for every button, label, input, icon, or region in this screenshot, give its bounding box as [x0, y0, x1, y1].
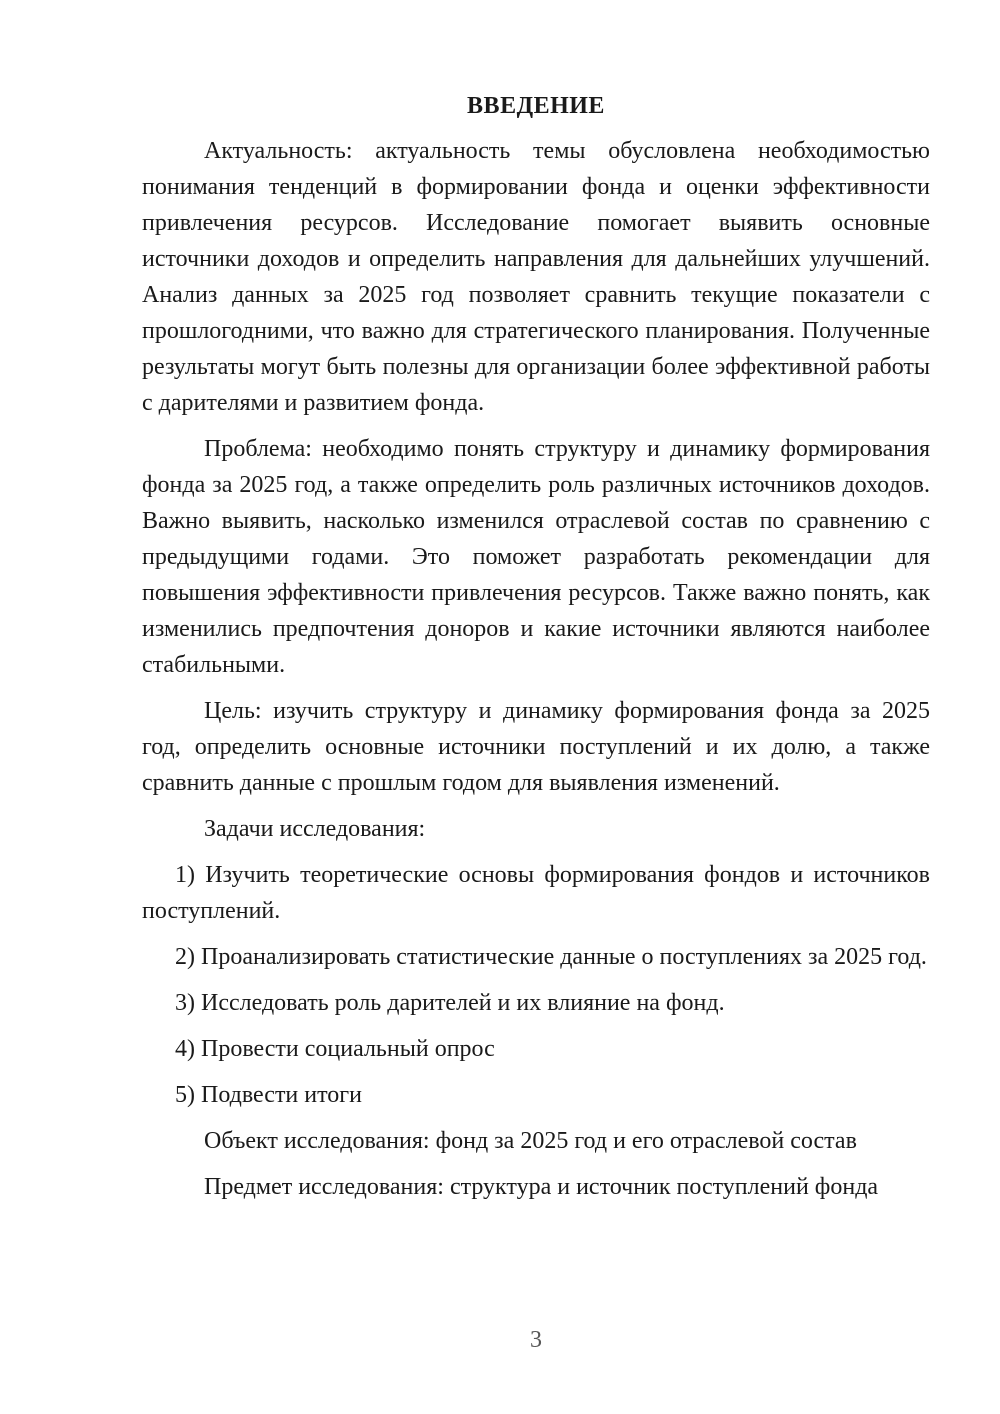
task-item-4: 4) Провести социальный опрос	[142, 1031, 930, 1067]
task-item-5: 5) Подвести итоги	[142, 1077, 930, 1113]
paragraph-goal: Цель: изучить структуру и динамику форми…	[142, 693, 930, 801]
task-item-1: 1) Изучить теоретические основы формиров…	[142, 857, 930, 929]
paragraph-relevance: Актуальность: актуальность темы обусловл…	[142, 133, 930, 421]
task-item-3: 3) Исследовать роль дарителей и их влиян…	[142, 985, 930, 1021]
section-heading: ВВЕДЕНИЕ	[142, 88, 930, 124]
document-page: ВВЕДЕНИЕ Актуальность: актуальность темы…	[0, 0, 1000, 1414]
research-object-line: Объект исследования: фонд за 2025 год и …	[142, 1123, 930, 1159]
page-number: 3	[142, 1322, 930, 1358]
research-subject-line: Предмет исследования: структура и источн…	[142, 1169, 930, 1205]
task-item-2: 2) Проанализировать статистические данны…	[142, 939, 930, 975]
paragraph-problem: Проблема: необходимо понять структуру и …	[142, 431, 930, 683]
tasks-heading: Задачи исследования:	[142, 811, 930, 847]
